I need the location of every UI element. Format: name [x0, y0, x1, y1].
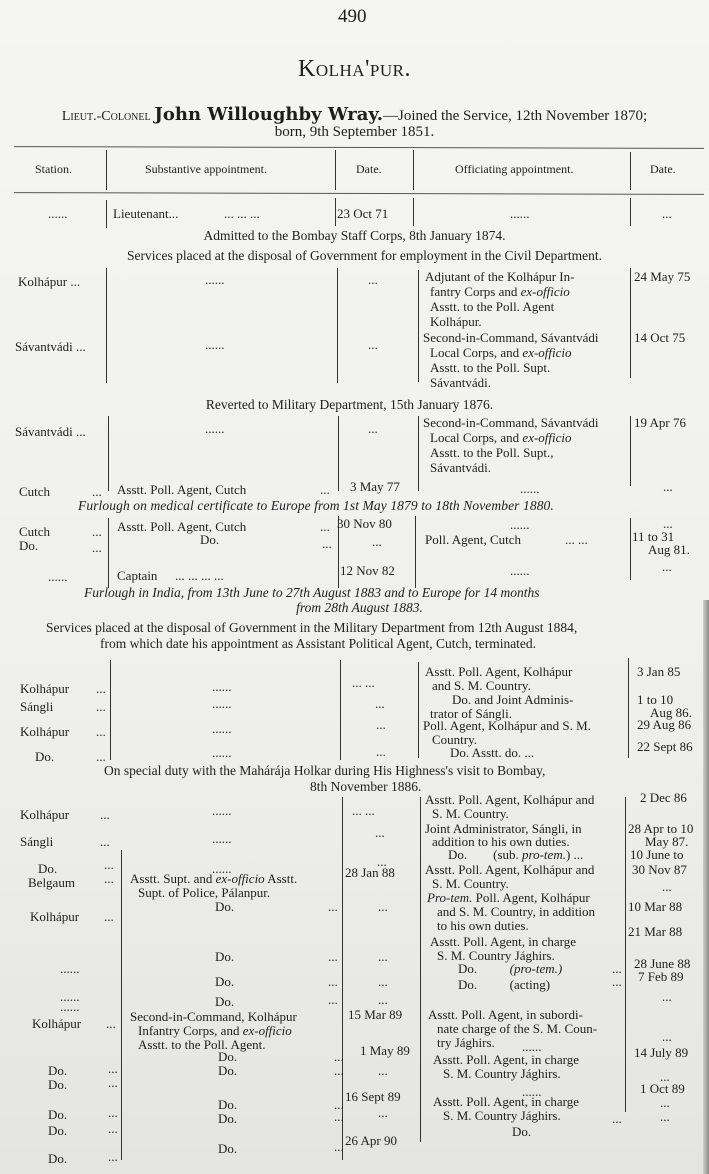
page-number: 490 [338, 6, 367, 28]
leader-dots: ... [104, 910, 114, 924]
column-header-sub-date: Date. [356, 162, 382, 177]
off-date-cell: ... [662, 1030, 672, 1044]
column-divider [108, 416, 109, 491]
officiating-line: S. M. Country. [432, 877, 509, 891]
officiating-line: and S. M. Country. [432, 679, 531, 693]
sub-date-cell: ... [378, 900, 388, 914]
station-cell: Do. [48, 1078, 67, 1092]
header-top-rule [14, 146, 704, 149]
off-date-cell: 22 Sept 86 [637, 740, 693, 754]
officiating-line: Asstt. to the Poll. Agent [430, 300, 554, 314]
off-date-cell: 24 May 75 [634, 270, 690, 284]
station-cell: ...... [60, 962, 80, 976]
service-note: from which date his appointment as Assis… [100, 636, 536, 652]
officiating-line: Asstt. Poll. Agent, in charge [433, 1095, 579, 1109]
off-date-cell: 14 Oct 75 [634, 331, 685, 345]
substantive-cell: Do. [215, 950, 234, 964]
column-divider [106, 200, 107, 228]
column-divider [335, 198, 336, 226]
leader-dots: ... [328, 993, 338, 1007]
leader-dots: ... [92, 485, 102, 499]
header-bottom-rule [14, 192, 704, 195]
station-cell: Kolhápur [30, 910, 79, 924]
officer-name: John Willoughby Wray. [154, 104, 383, 125]
leader-dots: ... [92, 541, 102, 555]
leader-dots: ... ... ... [224, 207, 260, 221]
column-header-off-date: Date. [650, 162, 676, 177]
column-divider [335, 150, 336, 190]
sub-date-cell: 30 Nov 80 [337, 517, 392, 531]
station-cell: Do. [35, 750, 54, 764]
officiating-line: Sávantvádi. [430, 461, 491, 475]
column-divider [630, 152, 631, 190]
officiating-line: Kolhápur. [430, 315, 482, 329]
off-date-cell: ... [660, 1096, 670, 1110]
service-note: 8th November 1886. [310, 779, 421, 795]
station-cell: Sávantvádi ... [15, 340, 86, 354]
substantive-cell: Do. [215, 975, 234, 989]
column-header-substantive: Substantive appointment. [145, 162, 267, 177]
officer-born: born, 9th September 1851. [0, 124, 709, 141]
service-note: Services placed at the disposal of Gover… [46, 620, 577, 636]
substantive-line: Asstt. to the Poll. Agent. [138, 1038, 265, 1052]
off-date-cell: ... [660, 1110, 670, 1124]
leader-dots: ... [96, 725, 106, 739]
officiating-cell: Poll. Agent, Cutch [425, 533, 521, 547]
leader-dots: ... [96, 682, 106, 696]
leader-dots: ... [108, 1122, 118, 1136]
sub-date-cell: ... [378, 975, 388, 989]
document-page: 490 Kolha'pur. Lieut.-Colonel John Willo… [0, 0, 709, 1174]
leader-dots: ... [108, 1106, 118, 1120]
substantive-cell: Do. [215, 900, 234, 914]
service-note: Furlough on medical certificate to Europ… [78, 498, 554, 514]
leader-dots: ... [320, 483, 330, 497]
officiating-line: Sávantvádi. [430, 376, 491, 390]
station-cell: Do. [48, 1064, 67, 1078]
substantive-cell: Do. [200, 533, 219, 547]
sub-date-cell: ... [376, 745, 386, 759]
officer-joined: —Joined the Service, 12th November 1870; [383, 108, 647, 124]
off-date-cell: 19 Apr 76 [634, 416, 686, 430]
column-divider [338, 416, 339, 491]
leader-dots: ... [108, 1076, 118, 1090]
station-cell: Kolhápur [20, 682, 69, 696]
officiating-line: Asstt. Poll. Agent, Kolhápur and [425, 793, 594, 807]
officiating-line: Asstt. Poll. Agent, Kolhápur [425, 665, 572, 679]
substantive-cell: ...... [212, 746, 232, 760]
leader-dots: ... [104, 872, 114, 886]
substantive-cell: Do. [218, 1142, 237, 1156]
column-header-station: Station. [35, 162, 72, 177]
officiating-line: S. M. Country. [432, 807, 509, 821]
station-cell: ...... [48, 207, 68, 221]
station-cell: Do. [48, 1152, 67, 1166]
sub-date-cell: ... [368, 338, 378, 352]
sub-date-cell: ... ... [352, 676, 375, 690]
leader-dots: ... [108, 1150, 118, 1164]
column-divider [106, 150, 107, 190]
sub-date-cell: ... [378, 993, 388, 1007]
column-divider [630, 198, 631, 226]
officiating-line: nate charge of the S. M. Coun- [437, 1022, 597, 1036]
off-date-cell: 21 Mar 88 [628, 925, 682, 939]
off-date-cell: 10 June to [630, 848, 683, 862]
officiating-line: Local Corps, and ex-officio [430, 431, 572, 445]
sub-date-cell: 16 Sept 89 [345, 1090, 401, 1104]
officiating-line: Local Corps, and ex-officio [430, 346, 572, 360]
substantive-cell: ...... [205, 273, 225, 287]
sub-date-cell: ... [375, 697, 385, 711]
sub-date-cell: ... [368, 273, 378, 287]
page-edge-shadow [703, 600, 709, 1174]
sub-date-cell: 28 Jan 88 [345, 866, 395, 880]
leader-dots: ... ... [565, 533, 588, 547]
sub-date-cell: ... [376, 718, 386, 732]
officiating-line: Do. (sub. pro-tem.) ... [448, 848, 583, 862]
leader-dots: ... [92, 525, 102, 539]
off-date-cell: 7 Feb 89 [638, 970, 684, 984]
leader-dots: ... [100, 835, 110, 849]
substantive-cell: ...... [212, 722, 232, 736]
column-divider [630, 518, 631, 580]
off-date-cell: 2 Dec 86 [640, 791, 687, 805]
substantive-cell: ...... [205, 422, 225, 436]
officiating-cell: Do. [512, 1125, 531, 1139]
officiating-line: Do. and Joint Adminis- [452, 693, 573, 707]
station-cell: Kolhápur [20, 725, 69, 739]
substantive-line: Infantry Corps, and ex-officio [138, 1024, 292, 1038]
substantive-line: Asstt. Supt. and ex-officio Asstt. [130, 872, 297, 886]
leader-dots: ... [322, 537, 332, 551]
officiating-line: S. M. Country Jághirs. [443, 1109, 561, 1123]
leader-dots: ... [100, 808, 110, 822]
sub-date-cell: 23 Oct 71 [337, 207, 388, 221]
substantive-cell: Do. [218, 1112, 237, 1126]
column-divider [337, 268, 338, 383]
station-cell: ...... [60, 1000, 80, 1014]
column-divider [121, 850, 122, 1160]
off-date-cell: ... [662, 990, 672, 1004]
off-date-cell: ... [662, 207, 672, 221]
leader-dots: ... [106, 1017, 116, 1031]
officer-rank: Lieut.-Colonel [62, 109, 151, 124]
officiating-cell: Do. Asstt. do. ... [450, 746, 534, 760]
leader-dots: ... [334, 1140, 344, 1154]
leader-dots: ... [328, 900, 338, 914]
substantive-cell: Do. [218, 1050, 237, 1064]
off-date-cell: Aug 81. [648, 543, 690, 557]
leader-dots: ... [334, 1064, 344, 1078]
service-note: Services placed at the disposal of Gover… [0, 248, 709, 264]
off-date-cell: 14 July 89 [634, 1046, 688, 1060]
station-cell: Do. [38, 862, 57, 876]
sub-date-cell: ... [378, 950, 388, 964]
station-cell: ...... [48, 570, 68, 584]
officiating-cell: ...... [510, 518, 530, 532]
leader-dots: ... [96, 750, 106, 764]
column-divider [418, 662, 419, 758]
sub-date-cell: 1 May 89 [360, 1044, 410, 1058]
leader-dots: ... ... ... ... [175, 569, 224, 583]
service-note: Furlough in India, from 13th June to 27t… [84, 585, 540, 601]
column-divider [106, 268, 107, 383]
substantive-line: Second-in-Command, Kolhápur [130, 1010, 297, 1024]
officiating-line: Second-in-Command, Sávantvádi [423, 416, 598, 430]
substantive-cell: ...... [212, 832, 232, 846]
off-date-cell: 10 Mar 88 [628, 900, 682, 914]
officiating-line: Second-in-Command, Sávantvádi [423, 331, 598, 345]
column-divider [420, 797, 421, 1142]
leader-dots: ... [334, 1050, 344, 1064]
column-header-officiating: Officiating appointment. [455, 162, 573, 177]
station-cell: Kolhápur [20, 808, 69, 822]
section-title: Kolha'pur. [0, 56, 709, 83]
officiating-line: Pro-tem. Poll. Agent, Kolhápur [427, 891, 590, 905]
sub-date-cell: ... [378, 1064, 388, 1078]
officiating-line: Asstt. Poll. Agent, in charge [433, 1053, 579, 1067]
officiating-line: and S. M. Country, in addition [437, 905, 595, 919]
sub-date-cell: ... [368, 422, 378, 436]
leader-dots: ... [108, 1062, 118, 1076]
column-divider [630, 268, 631, 378]
station-cell: Do. [48, 1108, 67, 1122]
substantive-line: Supt. of Police, Pálanpur. [138, 886, 270, 900]
column-divider [418, 270, 419, 382]
officiating-line: to his own duties. [437, 919, 529, 933]
station-cell: Cutch [19, 525, 50, 539]
officiating-line: Do. (pro-tem.) [458, 962, 562, 976]
off-date-cell: 1 Oct 89 [640, 1082, 685, 1096]
sub-date-cell: ... ... [352, 804, 375, 818]
officiating-line: S. M. Country Jághirs. [443, 1067, 561, 1081]
off-date-cell: 30 Nov 87 [632, 863, 687, 877]
column-divider [413, 198, 414, 226]
column-divider [108, 518, 109, 588]
leader-dots: ... [612, 975, 622, 989]
station-cell: Belgaum [28, 876, 75, 890]
column-divider [413, 150, 414, 190]
column-divider [630, 416, 631, 486]
substantive-cell: Captain [117, 569, 157, 583]
leader-dots: ... [334, 1110, 344, 1124]
station-cell: Sángli [20, 835, 53, 849]
leader-dots: ... [612, 1112, 622, 1126]
substantive-cell: Lieutenant... [113, 207, 178, 221]
officiating-line: Adjutant of the Kolhápur In- [425, 270, 574, 284]
service-note: On special duty with the Mahárája Holkar… [104, 763, 545, 779]
leader-dots: ... [320, 520, 330, 534]
off-date-cell: 29 Aug 86 [637, 718, 691, 732]
column-divider [415, 516, 416, 588]
sub-date-cell: ... [372, 535, 382, 549]
substantive-cell: Asstt. Poll. Agent, Cutch [117, 483, 246, 497]
sub-date-cell: 15 Mar 89 [348, 1008, 402, 1022]
leader-dots: ... [328, 975, 338, 989]
officiating-line: Asstt. Poll. Agent, in charge [430, 935, 576, 949]
sub-date-cell: 26 Apr 90 [345, 1134, 397, 1148]
substantive-cell: Do. [218, 1064, 237, 1078]
substantive-cell: ...... [212, 804, 232, 818]
officer-heading: Lieut.-Colonel John Willoughby Wray.—Joi… [0, 104, 709, 125]
off-date-cell: ... [662, 560, 672, 574]
officiating-line: Do. (acting) [458, 978, 550, 992]
sub-date-cell: ... [378, 1106, 388, 1120]
officiating-line: Asstt. to the Poll. Supt., [430, 446, 554, 460]
off-date-cell: ... [662, 880, 672, 894]
off-date-cell: ... [663, 480, 673, 494]
station-cell: Do. [48, 1124, 67, 1138]
sub-date-cell: 3 May 77 [350, 480, 400, 494]
officiating-line: try Jághirs. [437, 1036, 495, 1050]
substantive-cell: ...... [212, 697, 232, 711]
leader-dots: ... [328, 950, 338, 964]
station-cell: Do. [19, 539, 38, 553]
service-note: from 28th August 1883. [0, 600, 709, 616]
station-cell: Sávantvádi ... [15, 425, 86, 439]
officiating-cell: ...... [520, 482, 540, 496]
station-cell: Kolhápur ... [18, 275, 80, 289]
column-divider [340, 660, 341, 760]
station-cell: Kolhápur [32, 1017, 81, 1031]
officiating-cell: ...... [510, 207, 530, 221]
officiating-cell: ...... [510, 564, 530, 578]
substantive-cell: Do. [218, 1098, 237, 1112]
substantive-cell: Asstt. Poll. Agent, Cutch [117, 520, 246, 534]
column-divider [628, 658, 629, 758]
sub-date-cell: 12 Nov 82 [340, 564, 395, 578]
substantive-cell: ...... [212, 680, 232, 694]
station-cell: Sángli [20, 700, 53, 714]
officiating-line: Asstt. to the Poll. Supt. [430, 361, 550, 375]
officiating-line: Asstt. Poll. Agent, Kolhápur and [425, 863, 594, 877]
officiating-line: Poll. Agent, Kolhápur and S. M. [423, 719, 591, 733]
officiating-line: fantry Corps and ex-officio [430, 285, 570, 299]
station-cell: Cutch [19, 485, 50, 499]
leader-dots: ... [104, 858, 114, 872]
officiating-line: Asstt. Poll. Agent, in subordi- [428, 1008, 583, 1022]
substantive-cell: Do. [215, 995, 234, 1009]
column-divider [625, 797, 626, 1112]
substantive-cell: ...... [205, 338, 225, 352]
service-note: Admitted to the Bombay Staff Corps, 8th … [0, 228, 709, 244]
sub-date-cell: ... [375, 826, 385, 840]
column-divider [418, 416, 419, 491]
column-divider [110, 660, 111, 760]
leader-dots: ... [96, 700, 106, 714]
off-date-cell: 3 Jan 85 [637, 665, 680, 679]
service-note: Reverted to Military Department, 15th Ja… [0, 397, 709, 413]
